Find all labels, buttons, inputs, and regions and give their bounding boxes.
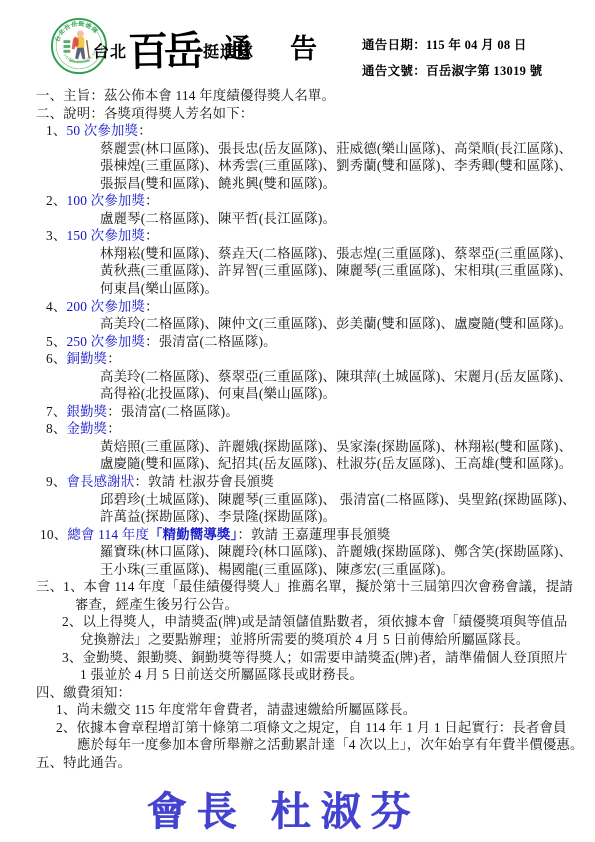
notice-date: 通告日期：115 年 04 月 08 日: [362, 32, 592, 58]
line-text: ：: [145, 193, 159, 208]
line-text: 5、: [46, 334, 67, 349]
line-text: 3、: [46, 228, 67, 243]
line-text: 王小珠(三重區隊)、楊國龍(三重區隊)、陳彥宏(三重區隊)。: [100, 562, 454, 577]
line-text: 1、尚未繳交 115 年度常年會費者，請盡速繳給所屬區隊長。: [56, 702, 416, 717]
president-signature: 會長 杜淑芬: [0, 780, 581, 837]
document-line: 三、1、本會 114 年度「最佳績優得獎人」推薦名單，擬於第十三屆第四次會務會議…: [0, 578, 595, 596]
line-text: ：: [145, 228, 159, 243]
document-line: 5、250 次參加獎：張清富(二格區隊)。: [0, 333, 595, 351]
document-line: 一、主旨：茲公佈本會 114 年度績優得獎人名單。: [0, 87, 595, 105]
document-line: 3、金勤獎、銀勤獎、銅勤獎等得獎人；如需要申請獎盃(牌)者，請準備個人登頂照片: [0, 649, 595, 667]
line-text: 何東昌(樂山區隊)。: [100, 281, 218, 296]
line-text: 應於每年一度參加本會所舉辦之活動累計達「4 次以上」，次年始享有年費半價優惠。: [77, 737, 584, 752]
document-line: 高美玲(二格區隊)、陳仲文(三重區隊)、彭美蘭(雙和區隊)、盧慶隨(雙和區隊)。: [0, 315, 595, 333]
document-line: 兌換辦法」之要點辦理；並將所需要的獎項於 4 月 5 日前傳給所屬區隊長。: [0, 631, 595, 649]
document-line: 1 張並於 4 月 5 日前送交所屬區隊長或財務長。: [0, 666, 595, 684]
award-title: 總會 114 年度: [67, 527, 149, 542]
line-text: 盧慶隨(雙和區隊)、紀招其(岳友區隊)、杜淑芬(岳友區隊)、王高雄(雙和區隊)。: [100, 456, 572, 471]
document-line: 審查，經產生後另行公告。: [0, 596, 595, 614]
line-text: 6、: [46, 351, 67, 366]
line-text: 五、特此通告。: [36, 755, 131, 770]
line-text: 高美玲(二格區隊)、陳仲文(三重區隊)、彭美蘭(雙和區隊)、盧慶隨(雙和區隊)。: [100, 316, 572, 331]
line-text: 2、: [46, 193, 67, 208]
line-text: 2、以上得獎人，申請獎盃(牌)或是請領儲值點數者，須依據本會「績優獎項與等值品: [62, 614, 567, 629]
notice-meta: 通告日期：115 年 04 月 08 日 通告文號：百岳淑字第 13019 號: [362, 32, 592, 84]
line-text: 9、: [46, 474, 67, 489]
document-line: 黃秋燕(三重區隊)、許昇智(三重區隊)、陳麗琴(三重區隊)、宋相琪(三重區隊)、: [0, 262, 595, 280]
document-line: 盧麗琴(二格區隊)、陳平哲(長江區隊)。: [0, 210, 595, 228]
document-line: 應於每年一度參加本會所舉辦之活動累計達「4 次以上」，次年始享有年費半價優惠。: [0, 736, 595, 754]
line-text: 3、金勤獎、銀勤獎、銅勤獎等得獎人；如需要申請獎盃(牌)者，請準備個人登頂照片: [62, 650, 567, 665]
document-line: 盧慶隨(雙和區隊)、紀招其(岳友區隊)、杜淑芬(岳友區隊)、王高雄(雙和區隊)。: [0, 455, 595, 473]
line-text: 林翔崧(雙和區隊)、蔡垚天(二格區隊)、張志煌(三重區隊)、蔡翠亞(三重區隊)、: [100, 246, 572, 261]
award-title: 金勤獎: [67, 421, 108, 436]
line-text: ：敦請 王嘉蓮理事長頒獎: [237, 527, 390, 542]
document-line: 10、總會 114 年度「精勤嚮導獎」：敦請 王嘉蓮理事長頒獎: [0, 526, 595, 544]
line-text: ：: [145, 299, 159, 314]
award-title: 「精勤嚮導獎」: [149, 527, 237, 542]
line-text: ：敦請 杜淑芬會長頒獎: [134, 474, 273, 489]
document-line: 何東昌(樂山區隊)。: [0, 280, 595, 298]
document-line: 羅寶珠(林口區隊)、陳麗玲(林口區隊)、許麗娥(探勘區隊)、鄭含笑(探勘區隊)、: [0, 543, 595, 561]
document-line: 高得裕(北投區隊)、何東昌(樂山區隊)。: [0, 385, 595, 403]
line-text: 高美玲(二格區隊)、蔡翠亞(三重區隊)、陳琪萍(土城區隊)、宋麗月(岳友區隊)、: [100, 369, 572, 384]
document-line: 黃焙照(三重區隊)、許麗娥(探勘區隊)、吳家溱(探勘區隊)、林翔崧(雙和區隊)、: [0, 438, 595, 456]
award-title: 200 次參加獎: [67, 299, 146, 314]
document-line: 9、會長感謝狀：敦請 杜淑芬會長頒獎: [0, 473, 595, 491]
club-name-prefix: 台北: [93, 39, 127, 62]
document-line: 2、以上得獎人，申請獎盃(牌)或是請領儲值點數者，須依據本會「績優獎項與等值品: [0, 613, 595, 631]
document-line: 4、200 次參加獎：: [0, 298, 595, 316]
notice-page: 台北百岳挺進隊 TAIPEI BAIYUE TEAM: [0, 0, 595, 842]
line-text: 審查，經產生後另行公告。: [75, 597, 238, 612]
document-line: 許萬益(探勘區隊)、李景隆(探勘區隊)。: [0, 508, 595, 526]
line-text: 兌換辦法」之要點辦理；並將所需要的獎項於 4 月 5 日前傳給所屬區隊長。: [80, 632, 529, 647]
document-line: 蔡麗雲(林口區隊)、張長忠(岳友區隊)、莊威德(樂山區隊)、高榮順(長江區隊)、: [0, 140, 595, 158]
line-text: 1、: [46, 123, 67, 138]
line-text: 張棟煌(三重區隊)、林秀雲(三重區隊)、劉秀蘭(雙和區隊)、李秀卿(雙和區隊)、: [100, 158, 572, 173]
line-text: 2、依據本會章程增訂第十條第二項條文之規定，自 114 年 1 月 1 日起實行…: [56, 720, 567, 735]
line-text: ：: [107, 351, 121, 366]
document-line: 二、說明：各獎項得獎人芳名如下：: [0, 105, 595, 123]
line-text: ：: [107, 421, 121, 436]
line-text: 張振昌(雙和區隊)、饒兆興(雙和區隊)。: [100, 176, 336, 191]
line-text: 8、: [46, 421, 67, 436]
document-line: 張棟煌(三重區隊)、林秀雲(三重區隊)、劉秀蘭(雙和區隊)、李秀卿(雙和區隊)、: [0, 157, 595, 175]
line-text: 1 張並於 4 月 5 日前送交所屬區隊長或財務長。: [80, 667, 363, 682]
document-line: 7、銀勤獎：張清富(二格區隊)。: [0, 403, 595, 421]
award-title: 銀勤獎: [67, 404, 108, 419]
line-text: ：: [138, 123, 152, 138]
award-title: 銅勤獎: [67, 351, 108, 366]
line-text: 邱碧珍(土城區隊)、陳麗琴(三重區隊)、 張清富(二格區隊)、吳聖銘(探勘區隊)…: [100, 492, 576, 507]
document-line: 8、金勤獎：: [0, 420, 595, 438]
document-line: 1、尚未繳交 115 年度常年會費者，請盡速繳給所屬區隊長。: [0, 701, 595, 719]
line-text: 黃焙照(三重區隊)、許麗娥(探勘區隊)、吳家溱(探勘區隊)、林翔崧(雙和區隊)、: [100, 439, 572, 454]
award-title: 50 次參加獎: [67, 123, 139, 138]
line-text: ：張清富(二格區隊)。: [107, 404, 239, 419]
award-title: 150 次參加獎: [67, 228, 146, 243]
line-text: 一、主旨：茲公佈本會 114 年度績優得獎人名單。: [36, 88, 335, 103]
line-text: 許萬益(探勘區隊)、李景隆(探勘區隊)。: [100, 509, 336, 524]
document-line: 2、100 次參加獎：: [0, 192, 595, 210]
document-line: 1、50 次參加獎：: [0, 122, 595, 140]
document-line: 五、特此通告。: [0, 754, 595, 772]
line-text: 盧麗琴(二格區隊)、陳平哲(長江區隊)。: [100, 211, 336, 226]
line-text: 黃秋燕(三重區隊)、許昇智(三重區隊)、陳麗琴(三重區隊)、宋相琪(三重區隊)、: [100, 263, 572, 278]
line-text: 三、1、本會 114 年度「最佳績優得獎人」推薦名單，擬於第十三屆第四次會務會議…: [36, 579, 573, 594]
award-title: 會長感謝狀: [67, 474, 135, 489]
notice-title: 通 告: [224, 27, 323, 66]
club-name-emphasis: 百岳: [128, 19, 201, 77]
line-text: 高得裕(北投區隊)、何東昌(樂山區隊)。: [100, 386, 336, 401]
document-line: 6、銅勤獎：: [0, 350, 595, 368]
line-text: 羅寶珠(林口區隊)、陳麗玲(林口區隊)、許麗娥(探勘區隊)、鄭含笑(探勘區隊)、: [100, 544, 572, 559]
document-line: 張振昌(雙和區隊)、饒兆興(雙和區隊)。: [0, 175, 595, 193]
document-line: 高美玲(二格區隊)、蔡翠亞(三重區隊)、陳琪萍(土城區隊)、宋麗月(岳友區隊)、: [0, 368, 595, 386]
document-line: 邱碧珍(土城區隊)、陳麗琴(三重區隊)、 張清富(二格區隊)、吳聖銘(探勘區隊)…: [0, 491, 595, 509]
line-text: ：張清富(二格區隊)。: [145, 334, 277, 349]
line-text: 10、: [40, 527, 67, 542]
line-text: 蔡麗雲(林口區隊)、張長忠(岳友區隊)、莊威德(樂山區隊)、高榮順(長江區隊)、: [100, 141, 572, 156]
notice-number: 通告文號：百岳淑字第 13019 號: [362, 58, 592, 84]
line-text: 4、: [46, 299, 67, 314]
line-text: 四、繳費須知：: [36, 685, 131, 700]
line-text: 二、說明：各獎項得獎人芳名如下：: [36, 106, 253, 121]
document-line: 四、繳費須知：: [0, 684, 595, 702]
document-line: 王小珠(三重區隊)、楊國龍(三重區隊)、陳彥宏(三重區隊)。: [0, 561, 595, 579]
document-body: 一、主旨：茲公佈本會 114 年度績優得獎人名單。二、說明：各獎項得獎人芳名如下…: [0, 87, 595, 771]
document-line: 2、依據本會章程增訂第十條第二項條文之規定，自 114 年 1 月 1 日起實行…: [0, 719, 595, 737]
document-line: 林翔崧(雙和區隊)、蔡垚天(二格區隊)、張志煌(三重區隊)、蔡翠亞(三重區隊)、: [0, 245, 595, 263]
award-title: 250 次參加獎: [67, 334, 146, 349]
document-line: 3、150 次參加獎：: [0, 227, 595, 245]
award-title: 100 次參加獎: [67, 193, 146, 208]
notice-header: 台北百岳挺進隊 TAIPEI BAIYUE TEAM: [0, 0, 595, 86]
line-text: 7、: [46, 404, 67, 419]
